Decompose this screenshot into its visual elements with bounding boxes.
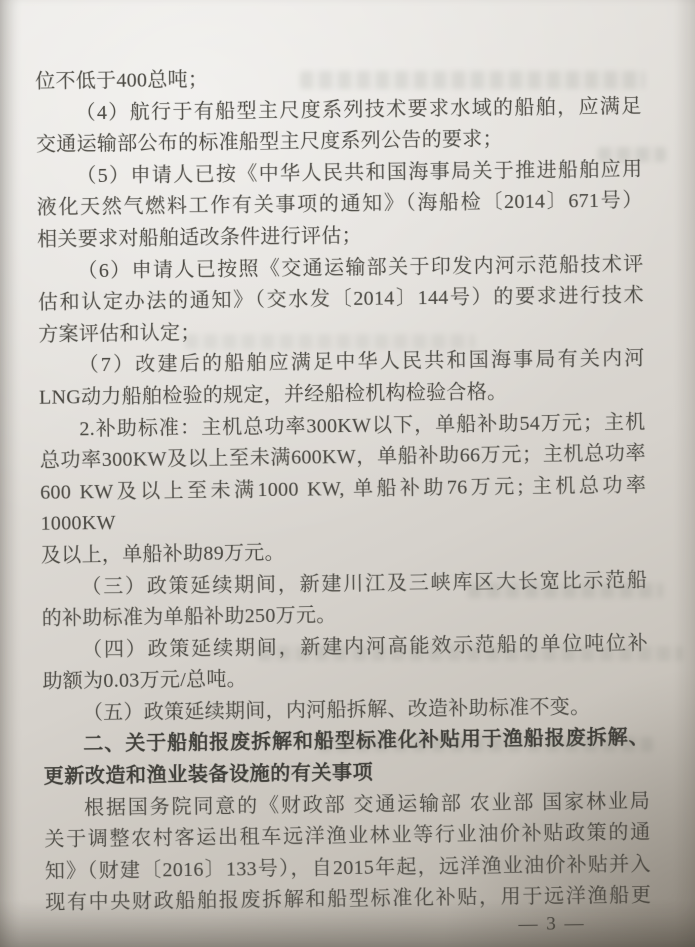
body-text-line: 600 KW及以上至未满1000 KW, 单船补助76万元; 主机总功率1000… [40,470,647,541]
document-photo: 位不低于400总吨；（4）航行于有船型主尺度系列技术要求水域的船舶，应满足交通运… [0,0,695,947]
page-sheet: 位不低于400总吨；（4）航行于有船型主尺度系列技术要求水域的船舶，应满足交通运… [0,0,695,947]
document-text: 位不低于400总吨；（4）航行于有船型主尺度系列技术要求水域的船舶，应满足交通运… [35,59,651,919]
